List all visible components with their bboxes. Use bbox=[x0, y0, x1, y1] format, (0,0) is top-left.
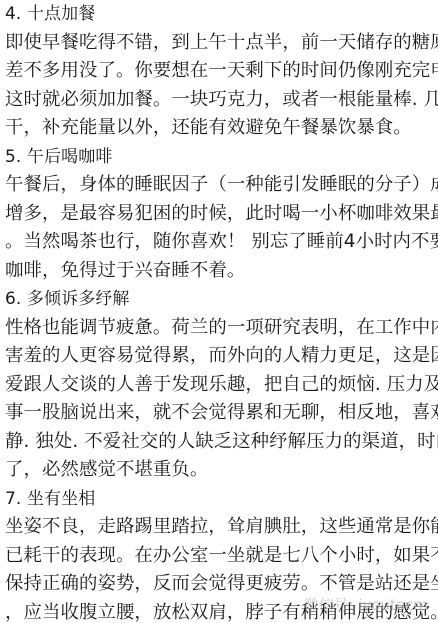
section-heading: 5. 午后喝咖啡 bbox=[5, 143, 435, 172]
paragraph-line: 干，补充能量以外，还能有效避免午餐暴饮暴食。 bbox=[5, 114, 435, 143]
paragraph-line: 。当然喝茶也行，随你喜欢！ 别忘了睡前4小时内不要喝 bbox=[5, 228, 435, 257]
paragraph-line: 咖啡，免得过于兴奋睡不着。 bbox=[5, 257, 435, 286]
watermark: 微信号: iyoutecm bbox=[303, 594, 428, 615]
section-heading: 7. 坐有坐相 bbox=[5, 485, 435, 514]
paragraph-line: 坐姿不良，走路踢里踏拉，耸肩腆肚，这些通常是你能量 bbox=[5, 513, 435, 542]
paragraph-line: 事一股脑说出来，就不会觉得累和无聊，相反地，喜欢安 bbox=[5, 399, 435, 428]
section-heading: 6. 多倾诉多纾解 bbox=[5, 285, 435, 314]
paragraph-line: 午餐后，身体的睡眠因子（一种能引发睡眠的分子）成分 bbox=[5, 171, 435, 200]
paragraph-line: 增多，是最容易犯困的时候，此时喝一小杯咖啡效果最好 bbox=[5, 200, 435, 229]
paragraph-line: 差不多用没了。你要想在一天剩下的时间仍像刚充完电， bbox=[5, 57, 435, 86]
paragraph-line: 这时就必须加加餐。一块巧克力，或者一根能量棒. 几块饼 bbox=[5, 86, 435, 115]
paragraph-line: 已耗干的表现。在办公室一坐就是七八个小时，如果不能 bbox=[5, 542, 435, 571]
section-4: 4. 十点加餐 即使早餐吃得不错，到上午十点半，前一天储存的糖原也 差不多用没了… bbox=[5, 0, 435, 143]
paragraph-line: 静. 独处. 不爱社交的人缺乏这种纾解压力的渠道，时间长 bbox=[5, 428, 435, 457]
section-6: 6. 多倾诉多纾解 性格也能调节疲惫。荷兰的一项研究表明，在工作中内向. 害羞的… bbox=[5, 285, 435, 485]
paragraph-line: 害羞的人更容易觉得累，而外向的人精力更足，这是因为 bbox=[5, 342, 435, 371]
paragraph-line: 即使早餐吃得不错，到上午十点半，前一天储存的糖原也 bbox=[5, 29, 435, 58]
section-heading: 4. 十点加餐 bbox=[5, 0, 435, 29]
paragraph-line: 爱跟人交谈的人善于发现乐趣，把自己的烦恼. 压力及倒霉 bbox=[5, 371, 435, 400]
article-body: 4. 十点加餐 即使早餐吃得不错，到上午十点半，前一天储存的糖原也 差不多用没了… bbox=[5, 0, 435, 623]
paragraph-line: 了，必然感觉不堪重负。 bbox=[5, 456, 435, 485]
paragraph-line: 性格也能调节疲惫。荷兰的一项研究表明，在工作中内向. bbox=[5, 314, 435, 343]
section-5: 5. 午后喝咖啡 午餐后，身体的睡眠因子（一种能引发睡眠的分子）成分 增多，是最… bbox=[5, 143, 435, 286]
